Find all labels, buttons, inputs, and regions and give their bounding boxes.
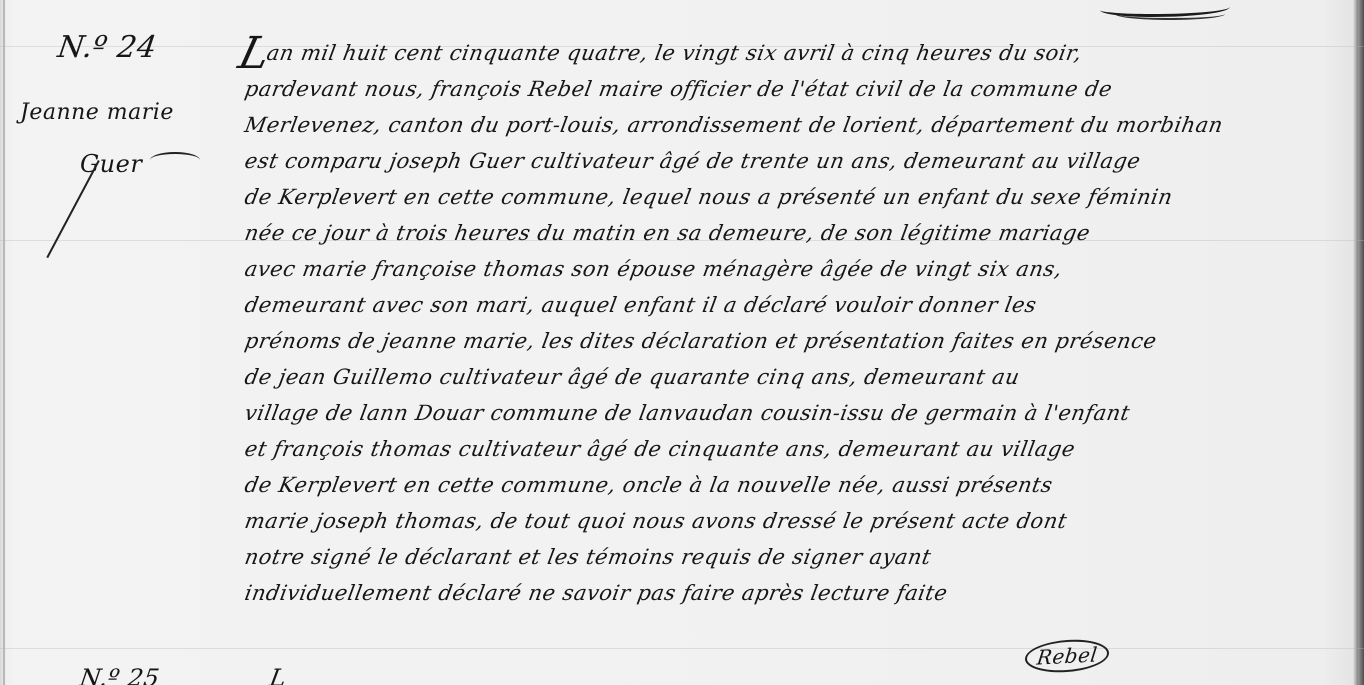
- record-line: de Kerplevert en cette commune, oncle à …: [242, 467, 1328, 503]
- entry-number: N.º 24: [56, 30, 160, 65]
- record-line: née ce jour à trois heures du matin en s…: [242, 215, 1328, 251]
- ruled-line: [0, 648, 1364, 649]
- record-line: village de lann Douar commune de lanvaud…: [242, 395, 1328, 431]
- record-line: prénoms de jeanne marie, les dites décla…: [242, 323, 1328, 359]
- record-line: individuellement déclaré ne savoir pas f…: [242, 575, 1328, 611]
- record-line: de jean Guillemo cultivateur âgé de quar…: [242, 359, 1328, 395]
- record-line: marie joseph thomas, de tout quoi nous a…: [242, 503, 1328, 539]
- binding-edge: [1358, 0, 1364, 685]
- record-line: de Kerplevert en cette commune, lequel n…: [242, 179, 1328, 215]
- record-line: an mil huit cent cinquante quatre, le vi…: [242, 35, 1328, 71]
- register-page: N.º 24 Jeanne marie Guer L an mil huit c…: [0, 0, 1364, 685]
- record-body: an mil huit cent cinquante quatre, le vi…: [245, 35, 1325, 611]
- record-line: pardevant nous, françois Rebel maire off…: [242, 71, 1328, 107]
- margin-given-names: Jeanne marie: [20, 100, 174, 125]
- record-line: demeurant avec son mari, auquel enfant i…: [242, 287, 1328, 323]
- next-entry-start: L: [268, 664, 289, 685]
- record-line: notre signé le déclarant et les témoins …: [242, 539, 1328, 575]
- mayor-signature: Rebel: [1023, 638, 1111, 675]
- record-line: est comparu joseph Guer cultivateur âgé …: [242, 143, 1328, 179]
- previous-signature-flourish-underline: [1115, 8, 1225, 20]
- record-line: avec marie françoise thomas son épouse m…: [242, 251, 1328, 287]
- page-left-edge: [3, 0, 5, 685]
- record-line: et françois thomas cultivateur âgé de ci…: [242, 431, 1328, 467]
- record-line: Merlevenez, canton du port-louis, arrond…: [242, 107, 1328, 143]
- margin-pen-stroke: [46, 160, 99, 258]
- margin-pen-swash: [150, 152, 200, 168]
- next-entry-number: N.º 25: [78, 664, 161, 685]
